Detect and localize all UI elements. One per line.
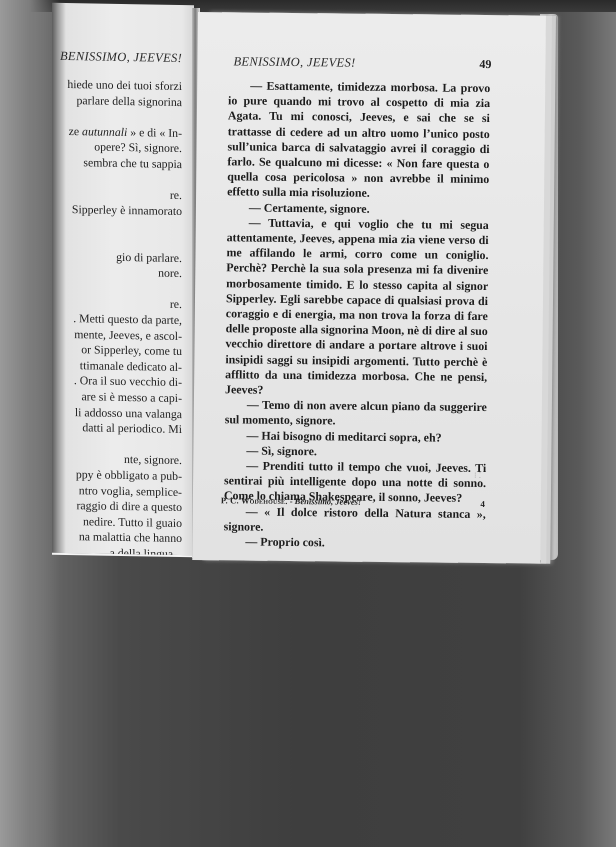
left-page-line: sembra che tu sappia xyxy=(83,155,182,172)
paragraph: — Esattamente, timidezza morbosa. La pro… xyxy=(227,78,490,202)
left-page-line: datti al periodico. Mi xyxy=(82,420,182,437)
left-page-line: parlare della signorina xyxy=(77,93,182,110)
left-page-line: ttimanale dedicato al- xyxy=(80,358,182,375)
left-page-line: or Sipperley, come tu xyxy=(81,342,182,359)
paragraph: — Tuttavia, e qui voglio che tu mi segua… xyxy=(225,215,489,400)
left-page-line: hiede uno dei tuoi sforzi xyxy=(67,77,182,94)
left-page-line: Sipperley è innamorato xyxy=(72,202,182,219)
left-page-line: ze autunnali » e di « In- xyxy=(69,124,182,141)
left-page-line: are si è messo a capi- xyxy=(81,389,182,406)
right-running-head: BENISSIMO, JEEVES! xyxy=(233,54,355,70)
left-page-line: mente, Jeeves, e ascol- xyxy=(74,327,182,344)
footer-author: P. C. Wodehouse. xyxy=(221,495,288,506)
right-page: BENISSIMO, JEEVES! 49 — Esattamente, tim… xyxy=(192,12,546,564)
left-page-line: opere? Sì, signore. xyxy=(94,140,182,157)
signature-mark: 4 xyxy=(480,499,485,509)
left-page-line: ntro voglia, semplice- xyxy=(79,483,182,500)
left-page-line: . Ora il suo vecchio di- xyxy=(74,374,182,391)
left-page-line: na malattia che hanno xyxy=(79,530,182,547)
paragraph: — Proprio così. xyxy=(223,534,485,552)
scan-shadow xyxy=(0,0,60,847)
left-page-line: re. xyxy=(170,188,182,203)
left-page-line: nte, signore. xyxy=(124,452,182,468)
left-page-line: li addosso una valanga xyxy=(75,405,182,422)
left-page-line: gio di parlare. xyxy=(116,249,182,265)
left-page: BENISSIMO, JEEVES! hiede uno dei tuoi sf… xyxy=(52,3,194,557)
left-page-line: . Metti questo da parte, xyxy=(73,311,182,328)
left-page-line: ppy è obbligato a pub- xyxy=(76,467,182,484)
page-footer: P. C. Wodehouse. - Benissimo, Jeeves! xyxy=(221,495,362,506)
left-page-line: raggio di dire a questo xyxy=(77,498,183,515)
ink-smudge: ⁝ ⁚ xyxy=(474,471,481,480)
left-page-line: a della lingua... xyxy=(110,546,182,557)
left-running-head: BENISSIMO, JEEVES! xyxy=(60,49,182,66)
left-page-line: nore. xyxy=(158,266,182,281)
footer-title: Benissimo, Jeeves! xyxy=(295,496,362,507)
left-page-line: re. xyxy=(170,297,182,312)
page-number: 49 xyxy=(479,57,491,72)
paragraph: — Temo di non avere alcun piano da sugge… xyxy=(225,398,487,431)
right-page-text: — Esattamente, timidezza morbosa. La pro… xyxy=(223,78,490,552)
paragraph: — « Il dolce ristoro della Natura stanca… xyxy=(224,504,486,537)
left-page-line: nedire. Tutto il guaio xyxy=(83,514,182,531)
